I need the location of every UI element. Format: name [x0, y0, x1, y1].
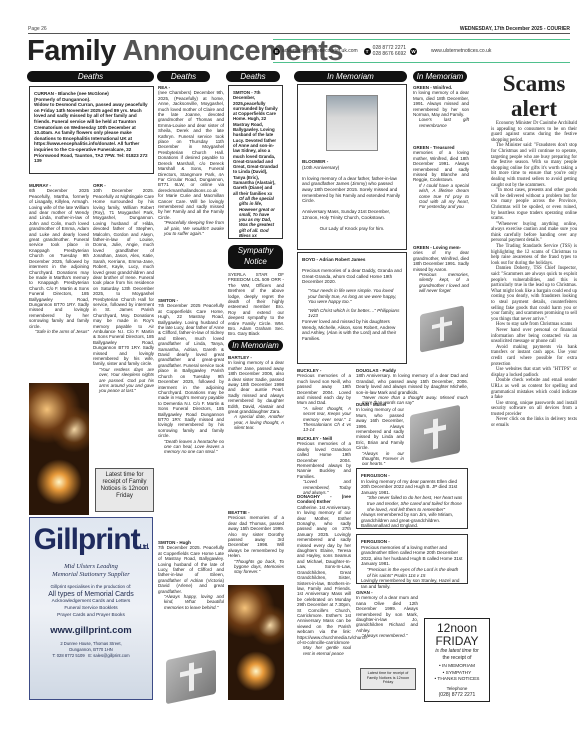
page-number: Page 26	[28, 26, 47, 32]
notice-buckley-2: BUCKLEY - NeillPrecious memories of a de…	[297, 436, 351, 495]
notice-orr: ORR -10th December 2025. Peacefully at N…	[93, 183, 154, 394]
notice-buckley-1: BUCKLEY -Precious memories of a much lov…	[297, 368, 351, 433]
notice-givan: GIVAN -In memory of a dear mum and nana …	[356, 590, 418, 639]
bible-icon	[166, 650, 216, 705]
phone-icon: T	[364, 48, 371, 55]
website-link[interactable]: www.ulsternetnotices.co.uk	[431, 48, 491, 54]
notice-green-1: GREEN - Winifred.In loving memory of a d…	[413, 85, 469, 128]
dateline: WEDNESDAY, 17th December 2025 - COURIER	[460, 26, 570, 32]
notice-curran: CURRAN - Blanche (nee McGlone)(Formerly …	[29, 86, 154, 174]
notice-bloomer: BLOOMER -(10th Anniversary)In loving mem…	[297, 84, 407, 250]
email-link[interactable]: advertising@tyronecourier.uk.com	[282, 48, 358, 54]
notice-sympathy: SYERLA STAR OF FREEDOM LOL 509 ORR - The…	[228, 272, 284, 337]
section-header-deaths-3: Deaths	[226, 71, 280, 82]
candle-photo	[29, 383, 89, 515]
bible-icon-2	[410, 405, 460, 464]
notice-dunn: DUNN - MurielIn loving memory of our Mum…	[356, 402, 404, 467]
notice-ferguson-2: FERGUSON -Precious memories of a loving …	[356, 534, 468, 584]
title-family: Family	[27, 35, 116, 67]
gillprint-logo: GillprintLtd.	[30, 523, 152, 557]
notice-douglas: DOUGLAS - Paddy18th Anniversary. In lovi…	[356, 368, 468, 406]
notice-smiton-3: SMITON - 7th December, 2025,peacefully s…	[228, 85, 283, 239]
section-header-in-memoriam: In Memoriam	[294, 71, 407, 82]
web-icon: W	[410, 48, 417, 55]
notice-smiton-1: SMITON -7th December 2025 Peacefully at …	[158, 298, 224, 455]
candle-photo-2	[228, 585, 284, 700]
phone-numbers: 028 8772 2271028 8676 6692	[373, 45, 406, 57]
notice-green-3: GREEN - Loving mem-ories of my dear gran…	[413, 245, 469, 294]
notice-smiton-2: SMITON - Hugh7th December 2025. Peaceful…	[158, 540, 224, 610]
notice-donaghy: DONAGHY - (nee Condon) EstherCatherine. …	[297, 494, 351, 656]
section-header-in-memoriam-3: In Memoriam	[228, 340, 283, 351]
notice-rea: REA -(nee Chambers) December 9th, 2025, …	[158, 85, 224, 236]
header-rule	[28, 33, 570, 34]
notice-boyd: BOYD - Adrian Robert JamesPrecious memor…	[297, 252, 407, 364]
scams-body: Economy Minister Dr Caoimhe Archibald is…	[491, 121, 577, 429]
deadline-notice: Latest time for receipt of Family Notice…	[95, 468, 154, 512]
scams-article: Scamsalert Economy Minister Dr Caoimhe A…	[491, 71, 577, 429]
bloomer-portrait	[326, 95, 378, 151]
contact-bar: Eadvertising@tyronecourier.uk.com T028 8…	[273, 39, 570, 63]
notice-beattie: BEATTIE -Precious memories of a dear dad…	[228, 510, 284, 575]
gillprint-url[interactable]: www.gillprint.com	[30, 625, 152, 636]
bible-icon-3	[420, 305, 464, 352]
notice-murray: MURRAY -6th December 2025 Peacefully, Ma…	[29, 183, 89, 334]
section-header-deaths-2: Deaths	[157, 71, 210, 82]
scams-headline: Scamsalert	[491, 71, 577, 121]
email-icon: E	[273, 48, 280, 55]
notice-bartley: BARTLEY -In loving memory of a dear moth…	[228, 355, 284, 431]
gillprint-advert: GillprintLtd. Mid Ulsters Leading Memori…	[29, 517, 153, 700]
section-header-in-memoriam-2: In Memoriam	[413, 71, 467, 82]
deadline-notice-2: Latest time for receipt of Family Notice…	[360, 668, 416, 690]
deadline-box: 12noon FRIDAY is the latest time for the…	[424, 618, 490, 702]
notice-ferguson-1: FERGUSON -In loving memory of my dear pa…	[356, 468, 468, 529]
section-header-deaths: Deaths	[27, 71, 154, 82]
notice-green-2: GREEN - Treasuredmemories of a loving mo…	[413, 145, 469, 210]
section-header-sympathy: Sympathy Notice	[228, 245, 283, 269]
